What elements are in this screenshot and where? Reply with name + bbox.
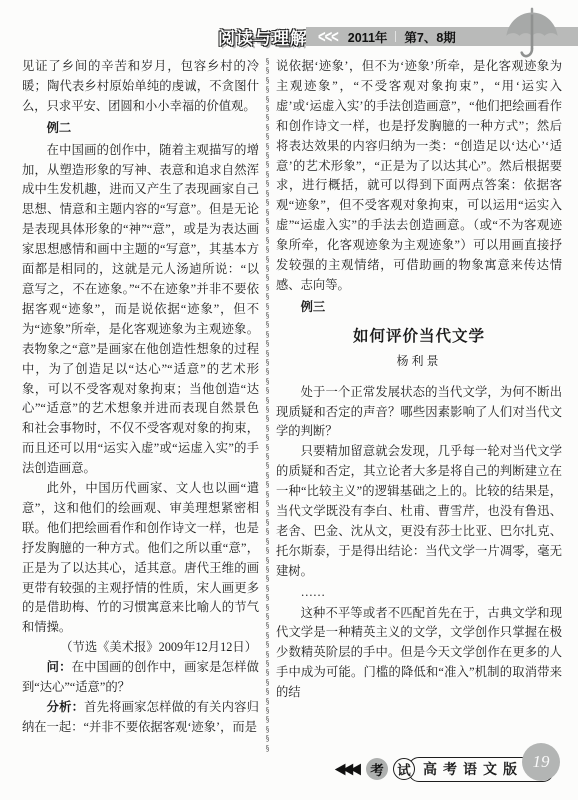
issue-year: 2011年 [348, 28, 388, 46]
question-label: 问： [47, 660, 72, 674]
column-divider: § § § § § § § § § § § § § § § § § § § § … [259, 57, 276, 758]
paragraph-continuation: 说依据‘迹象’，但不为‘迹象’所牵，是化客观迹象为主观迹象”，“不受客观对象拘束… [276, 57, 562, 296]
page-number-badge: 19 [522, 743, 560, 781]
paragraph: 只要精加留意就会发现，几乎每一轮对当代文学的质疑和否定，其立论者大多是将自己的判… [276, 442, 562, 581]
source-citation: （节选《美术报》2009年12月12日） [22, 638, 259, 658]
article-title: 如何评价当代文学 [276, 327, 562, 347]
left-column: 见证了乡间的辛苦和岁月，包容乡村的冷暖；陶代表乡村原始单纯的虔诚，不贪图什么，只… [22, 57, 259, 758]
paragraph: 这种不平等或者不匹配首先在于，古典文学和现代文学是一种精英主义的文学，文学创作只… [276, 604, 562, 704]
paragraph: 处于一个正常发展状态的当代文学，为何不断出现质疑和否定的声音？哪些因素影响了人们… [276, 383, 562, 443]
page-header: 阅读与理解 <<< 2011年 第7、8期 [0, 0, 578, 58]
paragraph: 在中国画的创作中，随着主观描写的增加，从塑造形象的写神、表意和追求自然浑成中生发… [22, 141, 259, 479]
ellipsis-line: …… [276, 583, 562, 603]
paragraph: 此外，中国历代画家、文人也以画“遣意”，这和他们的绘画观、审美理想紧密相联。他们… [22, 479, 259, 638]
triple-chevron-icon: <<< [318, 26, 338, 46]
magazine-page: 阅读与理解 <<< 2011年 第7、8期 见证了乡间的辛苦和岁月，包容乡村的冷… [0, 0, 578, 800]
page-body: 见证了乡间的辛苦和岁月，包容乡村的冷暖；陶代表乡村原始单纯的虔诚，不贪图什么，只… [22, 57, 562, 758]
left-arrows-icon: ◀◀◀ [335, 760, 358, 778]
section-title: 阅读与理解 [218, 24, 308, 49]
issue-separator [395, 31, 396, 42]
right-column: 说依据‘迹象’，但不为‘迹象’所牵，是化客观迹象为主观迹象”，“不受客观对象拘束… [276, 57, 562, 758]
brand-circle-shi: 试 [393, 758, 415, 780]
brand-circle-kao: 考 [366, 758, 388, 780]
analysis-label: 分析： [47, 700, 85, 714]
analysis-paragraph: 分析：首先将画家怎样做的有关内容归纳在一起：“并非不要依据客观‘迹象’，而是 [22, 698, 259, 738]
example-2-label: 例二 [22, 119, 259, 139]
example-3-label: 例三 [276, 298, 562, 318]
issue-number: 第7、8期 [404, 28, 455, 46]
umbrella-icon [502, 6, 562, 62]
question-paragraph: 问：在中国画的创作中，画家是怎样做到“达心”“适意”的？ [22, 658, 259, 698]
column-divider-ornament: § § § § § § § § § § § § § § § § § § § § … [266, 57, 270, 758]
page-footer: ◀◀◀ 考 试 高考语文版 19 [335, 750, 560, 788]
article-author: 杨利景 [276, 352, 562, 372]
paragraph-continuation: 见证了乡间的辛苦和岁月，包容乡村的冷暖；陶代表乡村原始单纯的虔诚，不贪图什么，只… [22, 57, 259, 117]
